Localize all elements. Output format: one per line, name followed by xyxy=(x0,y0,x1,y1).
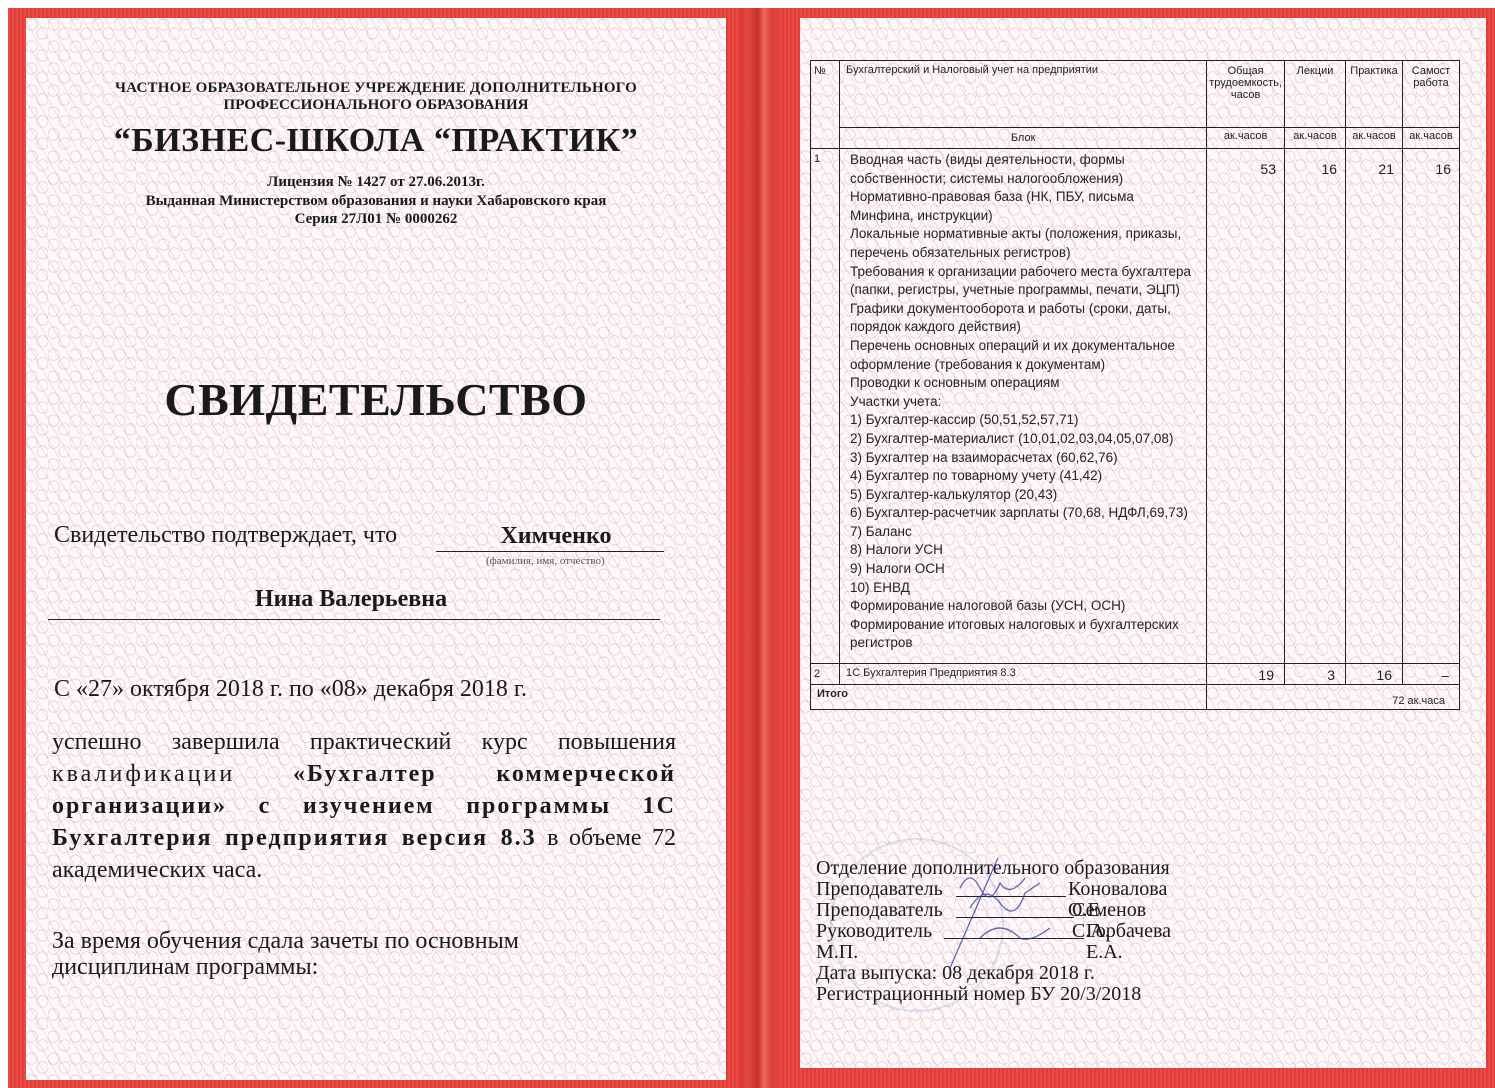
row2-num: 2 xyxy=(811,664,840,685)
total-label: Итого xyxy=(811,685,1207,710)
unit-self-study: ак.часов xyxy=(1403,128,1460,149)
signer-role: Преподаватель xyxy=(816,878,943,900)
block-topic: Перечень основных операций и их документ… xyxy=(850,337,1200,374)
completion-intro: успешно завершила практический курс повы… xyxy=(52,729,676,755)
block-topic: Графики документооборота и работы (сроки… xyxy=(850,300,1200,337)
block-topic: 1) Бухгалтер-кассир (50,51,52,57,71) xyxy=(850,411,1200,430)
block-topic: Требования к организации рабочего места … xyxy=(850,263,1200,300)
org-type-line1: ЧАСТНОЕ ОБРАЗОВАТЕЛЬНОЕ УЧРЕЖДЕНИЕ ДОПОЛ… xyxy=(26,80,726,97)
header-block: Блок xyxy=(840,128,1207,149)
right-page: № Бухгалтерский и Налоговый учет на пред… xyxy=(800,18,1486,1068)
cover-spine xyxy=(740,8,780,1088)
table-row: 1 Вводная часть (виды деятельности, форм… xyxy=(811,149,1460,664)
row2-lectures: 3 xyxy=(1285,664,1346,685)
confirms-text: Свидетельство подтверждает, что xyxy=(54,522,397,549)
block-topic: Участки учета: xyxy=(850,393,1200,412)
name-underline xyxy=(48,619,660,620)
unit-lectures: ак.часов xyxy=(1285,128,1346,149)
block-topic: 10) ЕНВД xyxy=(850,579,1200,598)
table-total-row: Итого 72 ак.часа xyxy=(811,685,1460,710)
row2-content: 1С Бухгалтерия Предприятия 8.3 xyxy=(840,664,1207,685)
license-series: Серия 27Л01 № 0000262 xyxy=(26,211,726,228)
block-topic: Формирование итоговых налоговых и бухгал… xyxy=(850,616,1200,653)
table-header-row: № Бухгалтерский и Налоговый учет на пред… xyxy=(811,61,1460,128)
header-lectures: Лекции xyxy=(1285,61,1346,128)
name-field-hint: (фамилия, имя, отчество) xyxy=(486,555,605,567)
block-topic: Вводная часть (виды деятельности, формы … xyxy=(850,151,1200,188)
row1-practice: 21 xyxy=(1346,149,1403,664)
block-topic: 4) Бухгалтер по товарному учету (41,42) xyxy=(850,467,1200,486)
block-topic: Формирование налоговой базы (УСН, ОСН) xyxy=(850,597,1200,616)
document-title: СВИДЕТЕЛЬСТВО xyxy=(26,373,726,426)
license-issuer: Выданная Министерством образования и нау… xyxy=(26,193,726,210)
completion-statement: успешно завершила практический курс повы… xyxy=(52,726,676,886)
row1-num: 1 xyxy=(811,149,840,664)
row1-lectures: 16 xyxy=(1285,149,1346,664)
row2-total: 19 xyxy=(1207,664,1285,685)
row1-total: 53 xyxy=(1207,149,1285,664)
exams-statement: За время обучения сдала зачеты по основн… xyxy=(52,928,612,980)
block-topic: 6) Бухгалтер-расчетчик зарплаты (70,68, … xyxy=(850,504,1200,523)
registration-number: Регистрационный номер БУ 20/3/2018 xyxy=(816,984,1170,1005)
table-row: 2 1С Бухгалтерия Предприятия 8.3 19 3 16… xyxy=(811,664,1460,685)
block-topic: Проводки к основным операциям xyxy=(850,374,1200,393)
row1-self-study: 16 xyxy=(1403,149,1460,664)
signer-role: Преподаватель xyxy=(816,899,943,921)
block-topic: 2) Бухгалтер-материалист (10,01,02,03,04… xyxy=(850,430,1200,449)
curriculum-table: № Бухгалтерский и Налоговый учет на пред… xyxy=(810,60,1460,710)
header-num: № xyxy=(811,61,840,149)
block-topic: 8) Налоги УСН xyxy=(850,541,1200,560)
block-topic: 7) Баланс xyxy=(850,523,1200,542)
license-line: Лицензия № 1427 от 27.06.2013г. xyxy=(26,174,726,191)
row2-practice: 16 xyxy=(1346,664,1403,685)
row2-self-study: – xyxy=(1403,664,1460,685)
header-subject: Бухгалтерский и Налоговый учет на предпр… xyxy=(840,61,1207,128)
first-name-patronymic: Нина Валерьевна xyxy=(46,586,656,613)
left-page: ЧАСТНОЕ ОБРАЗОВАТЕЛЬНОЕ УЧРЕЖДЕНИЕ ДОПОЛ… xyxy=(26,18,726,1080)
school-name: “БИЗНЕС-ШКОЛА “ПРАКТИК” xyxy=(26,122,726,160)
unit-total: ак.часов xyxy=(1207,128,1285,149)
signer-role: Руководитель xyxy=(816,920,932,942)
surname-underline xyxy=(436,551,664,552)
unit-practice: ак.часов xyxy=(1346,128,1403,149)
handwritten-signatures xyxy=(940,858,1070,978)
block-topic: Локальные нормативные акты (положения, п… xyxy=(850,225,1200,262)
header-total: Общая трудоемкость, часов xyxy=(1207,61,1285,128)
row1-content: Вводная часть (виды деятельности, формы … xyxy=(840,149,1207,664)
header-practice: Практика xyxy=(1346,61,1403,128)
org-type-line2: ПРОФЕССИОНАЛЬНОГО ОБРАЗОВАНИЯ xyxy=(26,97,726,114)
total-value: 72 ак.часа xyxy=(1207,685,1460,710)
table-subheader-row: Блок ак.часов ак.часов ак.часов ак.часов xyxy=(811,128,1460,149)
block-topic: 9) Налоги ОСН xyxy=(850,560,1200,579)
study-period: С «27» октября 2018 г. по «08» декабря 2… xyxy=(54,676,527,703)
block-topic: Нормативно-правовая база (НК, ПБУ, письм… xyxy=(850,188,1200,225)
qualification-word: квалификации xyxy=(52,761,235,787)
surname: Химченко xyxy=(451,523,661,550)
block-topic: 3) Бухгалтер на взаиморасчетах (60,62,76… xyxy=(850,449,1200,468)
block-topic: 5) Бухгалтер-калькулятор (20,43) xyxy=(850,486,1200,505)
header-self-study: Самост работа xyxy=(1403,61,1460,128)
